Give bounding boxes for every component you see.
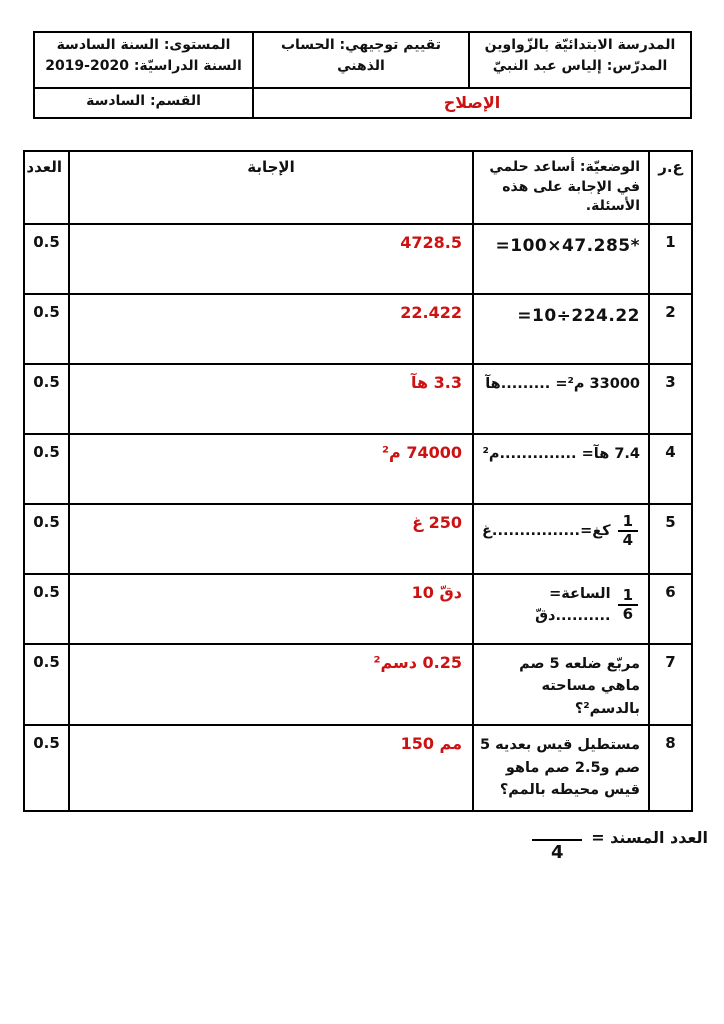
assessment-title: تقييم توجيهي: الحساب الذهني [258, 35, 464, 77]
score-value: 0.5 [24, 364, 69, 434]
table-header-row: ع.ر الوضعيّة: أساعد حلمي في الإجابة على … [24, 151, 692, 224]
answer-text: 250 غ [412, 513, 462, 532]
question-text: =10÷224.22 [517, 303, 640, 329]
question-text: كغ=................غ [482, 520, 611, 542]
table-row: 2 =10÷224.22 22.422 0.5 [24, 294, 692, 364]
assessment-cell: تقييم توجيهي: الحساب الذهني [253, 32, 469, 88]
assigned-score-label: العدد المسند = [591, 828, 708, 847]
column-header-rank: ع.ر [649, 151, 692, 224]
question-cell: 14 كغ=................غ [473, 504, 649, 574]
teacher-name: المدرّس: إلياس عبد النبيّ [474, 56, 686, 77]
question-cell: =100×47.285* [473, 224, 649, 294]
score-value: 0.5 [24, 725, 69, 811]
question-number: 6 [649, 574, 692, 644]
answer-text: 3.3 هآ [411, 373, 462, 392]
question-text: مستطيل قيس بعديه 5 صم و2.5 صم ماهو قيس م… [478, 734, 640, 801]
question-text: الساعة= ..........دقّ [478, 583, 611, 628]
school-year-label: السنة الدراسيّة: 2020-2019 [39, 56, 248, 77]
answer-text: 0.25 دسم² [373, 653, 462, 672]
header-table: المدرسة الابتدائيّة بالزّواوين المدرّس: … [33, 31, 692, 119]
answer-cell: 0.25 دسم² [69, 644, 473, 725]
table-row: 8 مستطيل قيس بعديه 5 صم و2.5 صم ماهو قيس… [24, 725, 692, 811]
assigned-score-block: العدد المسند = 4 [532, 828, 708, 865]
answer-text: 74000 م² [382, 443, 462, 462]
question-number: 1 [649, 224, 692, 294]
answer-cell: 3.3 هآ [69, 364, 473, 434]
question-cell: =10÷224.22 [473, 294, 649, 364]
question-text: =100×47.285* [496, 233, 640, 259]
question-number: 8 [649, 725, 692, 811]
school-cell: المدرسة الابتدائيّة بالزّواوين المدرّس: … [469, 32, 691, 88]
header-row-1: المدرسة الابتدائيّة بالزّواوين المدرّس: … [34, 32, 691, 88]
fraction: 16 [618, 587, 638, 624]
level-label: المستوى: السنة السادسة [39, 35, 248, 56]
question-number: 2 [649, 294, 692, 364]
answer-cell: 150 مم [69, 725, 473, 811]
answer-cell: 10 دقّ [69, 574, 473, 644]
table-row: 4 7.4 هآ= ..............م² 74000 م² 0.5 [24, 434, 692, 504]
class-label: القسم: السادسة [34, 88, 253, 118]
question-number: 3 [649, 364, 692, 434]
question-cell: 7.4 هآ= ..............م² [473, 434, 649, 504]
answer-cell: 22.422 [69, 294, 473, 364]
score-value: 0.5 [24, 224, 69, 294]
answer-cell: 250 غ [69, 504, 473, 574]
question-cell: مربّع ضلعه 5 صم ماهي مساحته بالدسم²؟ [473, 644, 649, 725]
answer-cell: 74000 م² [69, 434, 473, 504]
table-row: 7 مربّع ضلعه 5 صم ماهي مساحته بالدسم²؟ 0… [24, 644, 692, 725]
assigned-score-fraction: 4 [532, 839, 582, 865]
column-header-score: العدد [24, 151, 69, 224]
score-value: 0.5 [24, 294, 69, 364]
question-text: مربّع ضلعه 5 صم ماهي مساحته بالدسم²؟ [478, 653, 640, 720]
question-number: 7 [649, 644, 692, 725]
score-value: 0.5 [24, 434, 69, 504]
column-header-answer: الإجابة [69, 151, 473, 224]
worksheet-page: المدرسة الابتدائيّة بالزّواوين المدرّس: … [0, 0, 724, 1024]
table-row: 5 14 كغ=................غ 250 غ 0.5 [24, 504, 692, 574]
fraction-denominator: 4 [551, 841, 564, 865]
question-text: 7.4 هآ= ..............م² [482, 443, 640, 465]
question-number: 5 [649, 504, 692, 574]
answer-cell: 4728.5 [69, 224, 473, 294]
score-value: 0.5 [24, 574, 69, 644]
table-row: 6 16 الساعة= ..........دقّ 10 دقّ 0.5 [24, 574, 692, 644]
score-value: 0.5 [24, 504, 69, 574]
fraction: 14 [618, 513, 638, 550]
answer-text: 4728.5 [400, 233, 462, 252]
question-text: 33000 م²= .........هآ [485, 373, 640, 395]
correction-title: الإصلاح [253, 88, 691, 118]
questions-table: ع.ر الوضعيّة: أساعد حلمي في الإجابة على … [23, 150, 693, 812]
question-cell: مستطيل قيس بعديه 5 صم و2.5 صم ماهو قيس م… [473, 725, 649, 811]
answer-text: 10 دقّ [412, 583, 462, 602]
header-row-2: الإصلاح القسم: السادسة [34, 88, 691, 118]
question-number: 4 [649, 434, 692, 504]
question-cell: 16 الساعة= ..........دقّ [473, 574, 649, 644]
answer-text: 22.422 [400, 303, 462, 322]
table-row: 1 =100×47.285* 4728.5 0.5 [24, 224, 692, 294]
school-name: المدرسة الابتدائيّة بالزّواوين [474, 35, 686, 56]
answer-text: 150 مم [401, 734, 462, 753]
question-cell: 33000 م²= .........هآ [473, 364, 649, 434]
level-cell: المستوى: السنة السادسة السنة الدراسيّة: … [34, 32, 253, 88]
table-row: 3 33000 م²= .........هآ 3.3 هآ 0.5 [24, 364, 692, 434]
situation-text: الوضعيّة: أساعد حلمي في الإجابة على هذه … [473, 151, 649, 224]
score-value: 0.5 [24, 644, 69, 725]
